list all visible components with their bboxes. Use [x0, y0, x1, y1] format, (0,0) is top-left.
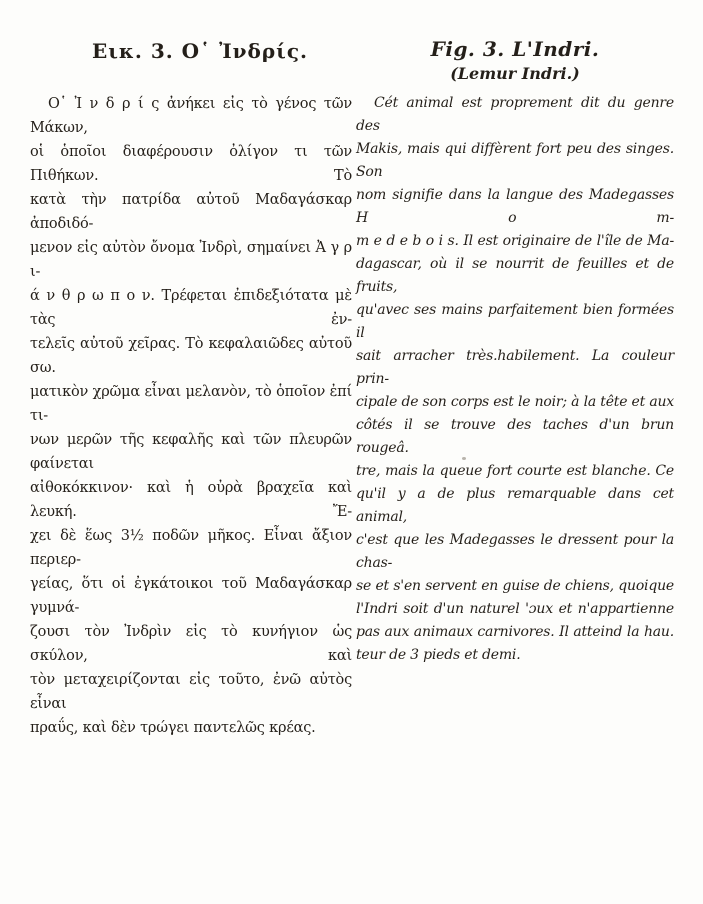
text-line: ματικὸν χρῶμα εἶναι μελανὸν, τὸ ὁποῖον ἐ…: [30, 380, 352, 428]
text-line: m e d e b o i s. Il est originaire de l'…: [356, 230, 674, 253]
text-line: μενον εἰς αὐτὸν ὄνομα Ἰνδρὶ, σημαίνει Ἀ …: [30, 236, 352, 284]
document-page: Εικ. 3. Ο῾ Ἰνδρίς. Ο῾ Ἰ ν δ ρ ί ς ἀνήκει…: [0, 0, 703, 904]
french-text-block: Cét animal est proprement dit du genre d…: [356, 92, 674, 667]
french-figure-title: Fig. 3. L'Indri.: [356, 36, 674, 62]
text-line: νων μερῶν τῆς κεφαλῆς καὶ τῶν πλευρῶν φα…: [30, 428, 352, 476]
text-line: Makis, mais qui diffèrent fort peu des s…: [356, 138, 674, 184]
text-line: l'Indri soit d'un naturel 'ɔux et n'appa…: [356, 598, 674, 621]
greek-column: Εικ. 3. Ο῾ Ἰνδρίς. Ο῾ Ἰ ν δ ρ ί ς ἀνήκει…: [30, 36, 352, 740]
greek-figure-title: Εικ. 3. Ο῾ Ἰνδρίς.: [48, 36, 352, 66]
text-line: nom signifie dans la langue des Madegass…: [356, 184, 674, 230]
text-line: ά ν θ ρ ω π ο ν. Τρέφεται ἐπιδεξιότατα μ…: [30, 284, 352, 332]
text-line: οἱ ὁποῖοι διαφέρουσιν ὀλίγον τι τῶν Πιθή…: [30, 140, 352, 188]
text-line: teur de 3 pieds et demi.: [356, 644, 674, 667]
text-line: qu'avec ses mains parfaitement bien form…: [356, 299, 674, 345]
text-line: πραΰς, καὶ δὲν τρώγει παντελῶς κρέας.: [30, 716, 352, 740]
text-line: γείας, ὅτι οἱ ἐγκάτοικοι τοῦ Μαδαγάσκαρ …: [30, 572, 352, 620]
latin-species-subtitle: (Lemur Indri.): [356, 62, 674, 88]
text-line: c'est que les Madegasses le dressent pou…: [356, 529, 674, 575]
text-line: se et s'en servent en guise de chiens, q…: [356, 575, 674, 598]
text-line: τὸν μεταχειρίζονται εἰς τοῦτο, ἐνῶ αὐτὸς…: [30, 668, 352, 716]
text-line: côtés il se trouve des taches d'un brun …: [356, 414, 674, 460]
text-line: dagascar, où il se nourrit de feuilles e…: [356, 253, 674, 299]
text-line: pas aux animaux carnivores. Il atteind l…: [356, 621, 674, 644]
text-line: Ο῾ Ἰ ν δ ρ ί ς ἀνήκει εἰς τὸ γένος τῶν Μ…: [30, 92, 352, 140]
text-line: τελεῖς αὐτοῦ χεῖρας. Τὸ κεφαλαιῶδες αὐτο…: [30, 332, 352, 380]
text-line: αἰθοκόκκινον· καὶ ἡ οὐρὰ βραχεῖα καὶ λευ…: [30, 476, 352, 524]
text-line: qu'il y a de plus remarquable dans cet a…: [356, 483, 674, 529]
text-line: χει δὲ ἕως 3½ ποδῶν μῆκος. Εἶναι ἄξιον π…: [30, 524, 352, 572]
greek-text-block: Ο῾ Ἰ ν δ ρ ί ς ἀνήκει εἰς τὸ γένος τῶν Μ…: [30, 92, 352, 740]
text-line: tre, mais la queue fort courte est blanc…: [356, 460, 674, 483]
text-line: κατὰ τὴν πατρίδα αὐτοῦ Μαδαγάσκαρ ἀποδιδ…: [30, 188, 352, 236]
text-line: cipale de son corps est le noir; à la tê…: [356, 391, 674, 414]
text-line: Cét animal est proprement dit du genre d…: [356, 92, 674, 138]
text-line: ζουσι τὸν Ἰνδρὶν εἰς τὸ κυνήγιον ὡς σκύλ…: [30, 620, 352, 668]
text-line: sait arracher très.habilement. La couleu…: [356, 345, 674, 391]
ink-speck: [462, 457, 466, 460]
french-column: Fig. 3. L'Indri. (Lemur Indri.) Cét anim…: [356, 36, 674, 667]
